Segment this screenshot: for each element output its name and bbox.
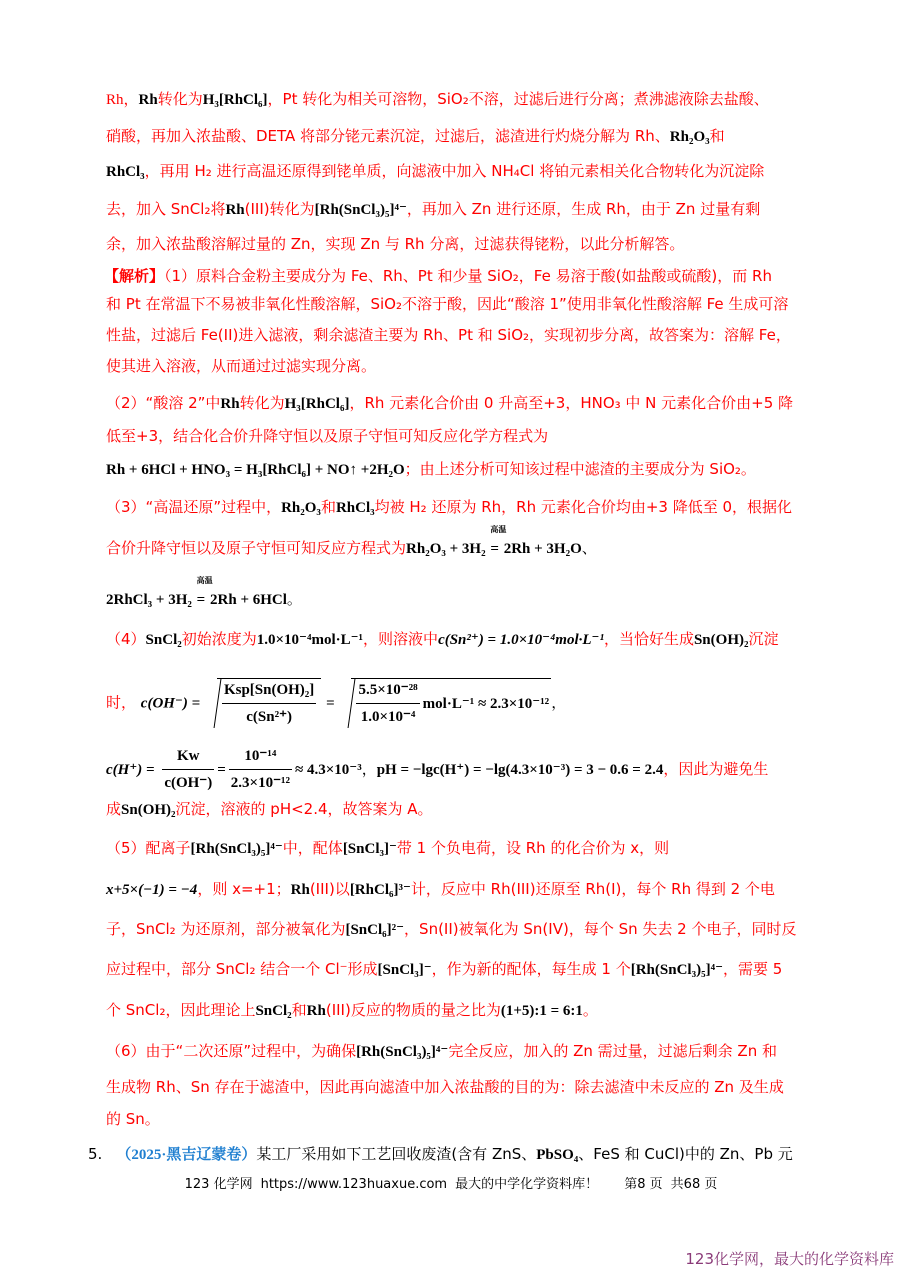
text: 的 Sn。 xyxy=(106,1110,160,1128)
text: （5）配离子 xyxy=(106,839,191,857)
formula-sncl2: SnCl₂ xyxy=(146,632,182,648)
text: 余，加入浓盐酸溶解过量的 Zn，实现 Zn 与 Rh 分离，过滤获得铑粉，以此分… xyxy=(106,235,684,253)
text: Rh， xyxy=(106,92,139,108)
text: ，需要 5 xyxy=(723,960,782,978)
text: ，Pt 转化为相关可溶物，SiO₂不溶，过滤后进行分离；煮沸滤液除去盐酸、 xyxy=(268,90,769,108)
q1-line-4: 使其进入溶液，从而通过过滤实现分离。 xyxy=(106,355,816,377)
formula-rhcl3: RhCl₃ xyxy=(336,500,375,516)
question-source: （2025·黑吉辽蒙卷） xyxy=(116,1147,256,1163)
formula-sncl2: SnCl₂ xyxy=(255,1003,291,1019)
intro-line-2: 硝酸，再加入浓盐酸、DETA 将部分铑元素沉淀，过滤后，滤渣进行灼烧分解为 Rh… xyxy=(106,125,816,148)
intro-line-3: RhCl₃，再用 H₂ 进行高温还原得到铑单质，向滤液中加入 NH₄Cl 将铂元… xyxy=(106,160,816,183)
text: 、 xyxy=(582,539,597,557)
q6-line-1: （6）由于“二次还原”过程中，为确保[Rh(SnCl₃)₅]⁴⁻完全反应，加入的… xyxy=(106,1040,816,1063)
result: ≈ 4.3×10⁻³ xyxy=(295,762,362,778)
intro-line-5: 余，加入浓盐酸溶解过量的 Zn，实现 Zn 与 Rh 分离，过滤获得铑粉，以此分… xyxy=(106,233,816,255)
watermark: 123化学网，最大的化学资料库 xyxy=(685,1248,894,1269)
q1-line-2: 和 Pt 在常温下不易被非氧化性酸溶解，SiO₂不溶于酸，因此“酸溶 1”使用非… xyxy=(106,293,816,315)
formula-rh: Rh xyxy=(225,202,244,218)
text: 。 xyxy=(287,590,302,608)
result: mol·L⁻¹ ≈ 2.3×10⁻¹² xyxy=(423,696,550,712)
equation: Rh + 6HCl + HNO₃ = H₃[RhCl₆] + NO↑ +2H₂O xyxy=(106,462,405,478)
text: 硝酸，再加入浓盐酸、DETA 将部分铑元素沉淀，过滤后，滤渣进行灼烧分解为 Rh… xyxy=(106,127,670,145)
text: （3）“高温还原”过程中， xyxy=(106,498,281,516)
formula-sncl6: [SnCl₆]²⁻ xyxy=(345,922,404,938)
numerator: Ksp[Sn(OH)₂] xyxy=(222,679,316,704)
text: 某工厂采用如下工艺回收废渣(含有 ZnS、 xyxy=(256,1145,536,1163)
page-number: 第8 页 xyxy=(624,1177,662,1192)
equation-label: c(H⁺) = xyxy=(106,762,155,778)
numerator: 10⁻¹⁴ xyxy=(229,745,292,770)
intro-line-4: 去，加入 SnCl₂将Rh(III)转化为[Rh(SnCl₃)₅]⁴⁻，再加入 … xyxy=(106,198,816,221)
text: 使其进入溶液，从而通过过滤实现分离。 xyxy=(106,357,376,375)
ratio-equation: (1+5):1 = 6:1 xyxy=(501,1003,583,1019)
text: ，再加入 Zn 进行还原，生成 Rh，由于 Zn 过量有剩 xyxy=(407,200,760,218)
text: 去，加入 SnCl₂将 xyxy=(106,200,225,218)
text: ，Sn(II)被氧化为 Sn(IV)，每个 Sn 失去 2 个电子，同时反 xyxy=(404,920,796,938)
text: 和 xyxy=(321,498,336,516)
q3-line-1: （3）“高温还原”过程中，Rh₂O₃和RhCl₃均被 H₂ 还原为 Rh，Rh … xyxy=(106,496,816,519)
equation-right: 2Rh + 3H₂O xyxy=(504,541,582,557)
condition-label: 高温 xyxy=(490,525,506,535)
condition-label: 高温 xyxy=(197,576,213,586)
formula-rh: Rh xyxy=(220,396,239,412)
text: 中，配体 xyxy=(283,839,343,857)
q4-line-1: （4）SnCl₂初始浓度为1.0×10⁻⁴mol·L⁻¹，则溶液中c(Sn²⁺)… xyxy=(106,628,816,651)
equation-left: 2RhCl₃ + 3H₂ xyxy=(106,592,192,608)
text: 沉淀，溶液的 pH<2.4，故答案为 A。 xyxy=(176,800,433,818)
q4-line-3: c(H⁺) = Kwc(OH⁻)=10⁻¹⁴2.3×10⁻¹²≈ 4.3×10⁻… xyxy=(106,745,816,794)
q5-line-3: 子，SnCl₂ 为还原剂，部分被氧化为[SnCl₆]²⁻，Sn(II)被氧化为 … xyxy=(106,918,816,941)
formula-snoh2: Sn(OH)₂ xyxy=(694,632,749,648)
q6-line-3: 的 Sn。 xyxy=(106,1108,816,1130)
denominator: c(Sn²⁺) xyxy=(222,704,316,728)
footer-site: 123 化学网 xyxy=(185,1177,253,1192)
formula-complex: [Rh(SnCl₃)₅]⁴⁻ xyxy=(631,962,723,978)
text: 应过程中，部分 SnCl₂ 结合一个 Cl⁻形成 xyxy=(106,960,378,978)
concentration: 1.0×10⁻⁴mol·L⁻¹ xyxy=(257,632,363,648)
text: 和 xyxy=(710,127,725,145)
question-5: 5.（2025·黑吉辽蒙卷）某工厂采用如下工艺回收废渣(含有 ZnS、PbSO₄… xyxy=(88,1143,798,1166)
formula-rh2o3: Rh₂O₃ xyxy=(281,500,321,516)
q2-line-2: 低至+3，结合化合价升降守恒以及原子守恒可知反应化学方程式为 xyxy=(106,425,816,447)
formula-pbso4: PbSO₄ xyxy=(536,1147,578,1163)
text: ，再用 H₂ 进行高温还原得到铑单质，向滤液中加入 NH₄Cl 将铂元素相关化合… xyxy=(145,162,765,180)
text: ，因此为避免生 xyxy=(663,760,768,778)
text: 带 1 个负电荷，设 Rh 的化合价为 x，则 xyxy=(397,839,669,857)
equation-label: c(OH⁻) = xyxy=(141,696,200,712)
numerator: Kw xyxy=(162,745,214,770)
formula-h3rhcl6: H₃[RhCl₆] xyxy=(203,92,268,108)
question-number: 5. xyxy=(88,1145,102,1163)
page-total: 共68 页 xyxy=(671,1177,718,1192)
text: 沉淀 xyxy=(748,630,778,648)
q6-line-2: 生成物 Rh、Sn 存在于滤渣中，因此再向滤渣中加入浓盐酸的目的为：除去滤渣中未… xyxy=(106,1076,816,1098)
sqrt: 5.5×10⁻²⁸1.0×10⁻⁴mol·L⁻¹ ≈ 2.3×10⁻¹² xyxy=(351,678,551,728)
formula-rhcl3: RhCl₃ xyxy=(106,164,145,180)
text: (III)反应的物质的量之比为 xyxy=(326,1001,501,1019)
ph-equation: pH = −lgc(H⁺) = −lg(4.3×10⁻³) = 3 − 0.6 … xyxy=(377,762,664,778)
formula-rh: Rh xyxy=(139,92,158,108)
formula-h3rhcl6: H₃[RhCl₆] xyxy=(285,396,350,412)
numerator: 5.5×10⁻²⁸ xyxy=(356,679,419,704)
text: 和 xyxy=(292,1001,307,1019)
q4-line-2: 时， c(OH⁻) = Ksp[Sn(OH)₂]c(Sn²⁺) = 5.5×10… xyxy=(106,678,816,728)
text: 合价升降守恒以及原子守恒可知反应方程式为 xyxy=(106,539,406,557)
text: (III)以 xyxy=(310,880,350,898)
sqrt: Ksp[Sn(OH)₂]c(Sn²⁺) xyxy=(217,678,321,728)
text: 转化为 xyxy=(158,90,203,108)
formula-rhcl6: [RhCl₆]³⁻ xyxy=(350,882,411,898)
formula-complex: [Rh(SnCl₃)₅]⁴⁻ xyxy=(315,202,407,218)
q1-line-3: 性盐，过滤后 Fe(II)进入滤液，剩余滤渣主要为 Rh、Pt 和 SiO₂，实… xyxy=(106,324,816,346)
formula-snoh2: Sn(OH)₂ xyxy=(121,802,176,818)
q2-line-1: （2）“酸溶 2”中Rh转化为H₃[RhCl₆]，Rh 元素化合价由 0 升高至… xyxy=(106,392,816,415)
denominator: 2.3×10⁻¹² xyxy=(229,770,292,794)
fraction: Kwc(OH⁻) xyxy=(162,745,214,794)
equation: x+5×(−1) = −4 xyxy=(106,882,197,898)
q3-line-3: 2RhCl₃ + 3H₂ 高温= 2Rh + 6HCl。 xyxy=(106,588,816,611)
text: 初始浓度为 xyxy=(182,630,257,648)
q5-line-5: 个 SnCl₂，因此理论上SnCl₂和Rh(III)反应的物质的量之比为(1+5… xyxy=(106,999,816,1022)
q4-line-4: 成Sn(OH)₂沉淀，溶液的 pH<2.4，故答案为 A。 xyxy=(106,798,816,821)
text: （6）由于“二次还原”过程中，为确保 xyxy=(106,1042,356,1060)
text: 转化为 xyxy=(240,394,285,412)
text: 时， xyxy=(106,694,136,712)
formula-complex: [Rh(SnCl₃)₅]⁴⁻ xyxy=(356,1044,448,1060)
text: 、FeS 和 CuCl)中的 Zn、Pb 元 xyxy=(578,1145,792,1163)
equation: c(Sn²⁺) = 1.0×10⁻⁴mol·L⁻¹ xyxy=(438,632,604,648)
text: 生成物 Rh、Sn 存在于滤渣中，因此再向滤渣中加入浓盐酸的目的为：除去滤渣中未… xyxy=(106,1078,784,1096)
text: ，则溶液中 xyxy=(363,630,438,648)
text: （4） xyxy=(106,630,146,648)
text: ，Rh 元素化合价由 0 升高至+3，HNO₃ 中 N 元素化合价由+5 降 xyxy=(349,394,793,412)
equals-with-condition: 高温= xyxy=(490,538,499,560)
document-page: Rh，Rh转化为H₃[RhCl₆]，Pt 转化为相关可溶物，SiO₂不溶，过滤后… xyxy=(0,0,902,1275)
denominator: c(OH⁻) xyxy=(162,770,214,794)
formula-rh: Rh xyxy=(307,1003,326,1019)
text: ，则 x=+1； xyxy=(197,880,290,898)
equation-left: Rh₂O₃ + 3H₂ xyxy=(406,541,486,557)
text: ，作为新的配体，每生成 1 个 xyxy=(432,960,631,978)
formula-sncl3: [SnCl₃]⁻ xyxy=(343,841,397,857)
text: ，当恰好生成 xyxy=(604,630,694,648)
text: 子，SnCl₂ 为还原剂，部分被氧化为 xyxy=(106,920,345,938)
text: 性盐，过滤后 Fe(II)进入滤液，剩余滤渣主要为 Rh、Pt 和 SiO₂，实… xyxy=(106,326,791,344)
text: 和 Pt 在常温下不易被非氧化性酸溶解，SiO₂不溶于酸，因此“酸溶 1”使用非… xyxy=(106,295,788,313)
footer-url[interactable]: https://www.123huaxue.com xyxy=(261,1177,448,1192)
formula-sncl3: [SnCl₃]⁻ xyxy=(378,962,432,978)
analysis-label: 【解析】 xyxy=(104,267,164,285)
formula-complex: [Rh(SnCl₃)₅]⁴⁻ xyxy=(191,841,283,857)
q5-line-4: 应过程中，部分 SnCl₂ 结合一个 Cl⁻形成[SnCl₃]⁻，作为新的配体，… xyxy=(106,958,816,981)
q5-line-2: x+5×(−1) = −4，则 x=+1；Rh(III)以[RhCl₆]³⁻计，… xyxy=(106,878,816,901)
text: ， xyxy=(551,694,566,712)
q1-line-1: 【解析】（1）原料合金粉主要成分为 Fe、Rh、Pt 和少量 SiO₂，Fe 易… xyxy=(104,265,814,287)
footer-slogan: 最大的中学化学资料库！ xyxy=(455,1177,598,1192)
denominator: 1.0×10⁻⁴ xyxy=(356,704,419,728)
page-footer: 123 化学网https://www.123huaxue.com最大的中学化学资… xyxy=(0,1173,902,1192)
formula-rh2o3: Rh₂O₃ xyxy=(670,129,710,145)
equation-right: 2Rh + 6HCl xyxy=(210,592,287,608)
q3-line-2: 合价升降守恒以及原子守恒可知反应方程式为Rh₂O₃ + 3H₂ 高温= 2Rh … xyxy=(106,537,816,560)
intro-line-1: Rh，Rh转化为H₃[RhCl₆]，Pt 转化为相关可溶物，SiO₂不溶，过滤后… xyxy=(106,88,816,111)
text: （1）原料合金粉主要成分为 Fe、Rh、Pt 和少量 SiO₂，Fe 易溶于酸(… xyxy=(164,267,772,285)
text: 均被 H₂ 还原为 Rh，Rh 元素化合价均由+3 降低至 0，根据化 xyxy=(375,498,792,516)
text: 成 xyxy=(106,800,121,818)
text: (III)转化为 xyxy=(245,200,315,218)
text: 低至+3，结合化合价升降守恒以及原子守恒可知反应化学方程式为 xyxy=(106,427,548,445)
text: （2）“酸溶 2”中 xyxy=(106,394,220,412)
q5-line-1: （5）配离子[Rh(SnCl₃)₅]⁴⁻中，配体[SnCl₃]⁻带 1 个负电荷… xyxy=(106,837,816,860)
fraction: Ksp[Sn(OH)₂]c(Sn²⁺) xyxy=(222,679,316,728)
q2-line-3: Rh + 6HCl + HNO₃ = H₃[RhCl₆] + NO↑ +2H₂O… xyxy=(106,458,816,481)
equals-with-condition: 高温= xyxy=(197,589,206,611)
text: 完全反应，加入的 Zn 需过量，过滤后剩余 Zn 和 xyxy=(448,1042,777,1060)
text: ；由上述分析可知该过程中滤渣的主要成分为 SiO₂。 xyxy=(405,460,756,478)
formula-rh: Rh xyxy=(291,882,310,898)
text: 。 xyxy=(583,1001,598,1019)
fraction: 5.5×10⁻²⁸1.0×10⁻⁴ xyxy=(356,679,419,728)
text: 计，反应中 Rh(III)还原至 Rh(I)，每个 Rh 得到 2 个电 xyxy=(411,880,775,898)
text: 个 SnCl₂，因此理论上 xyxy=(106,1001,255,1019)
fraction: 10⁻¹⁴2.3×10⁻¹² xyxy=(229,745,292,794)
